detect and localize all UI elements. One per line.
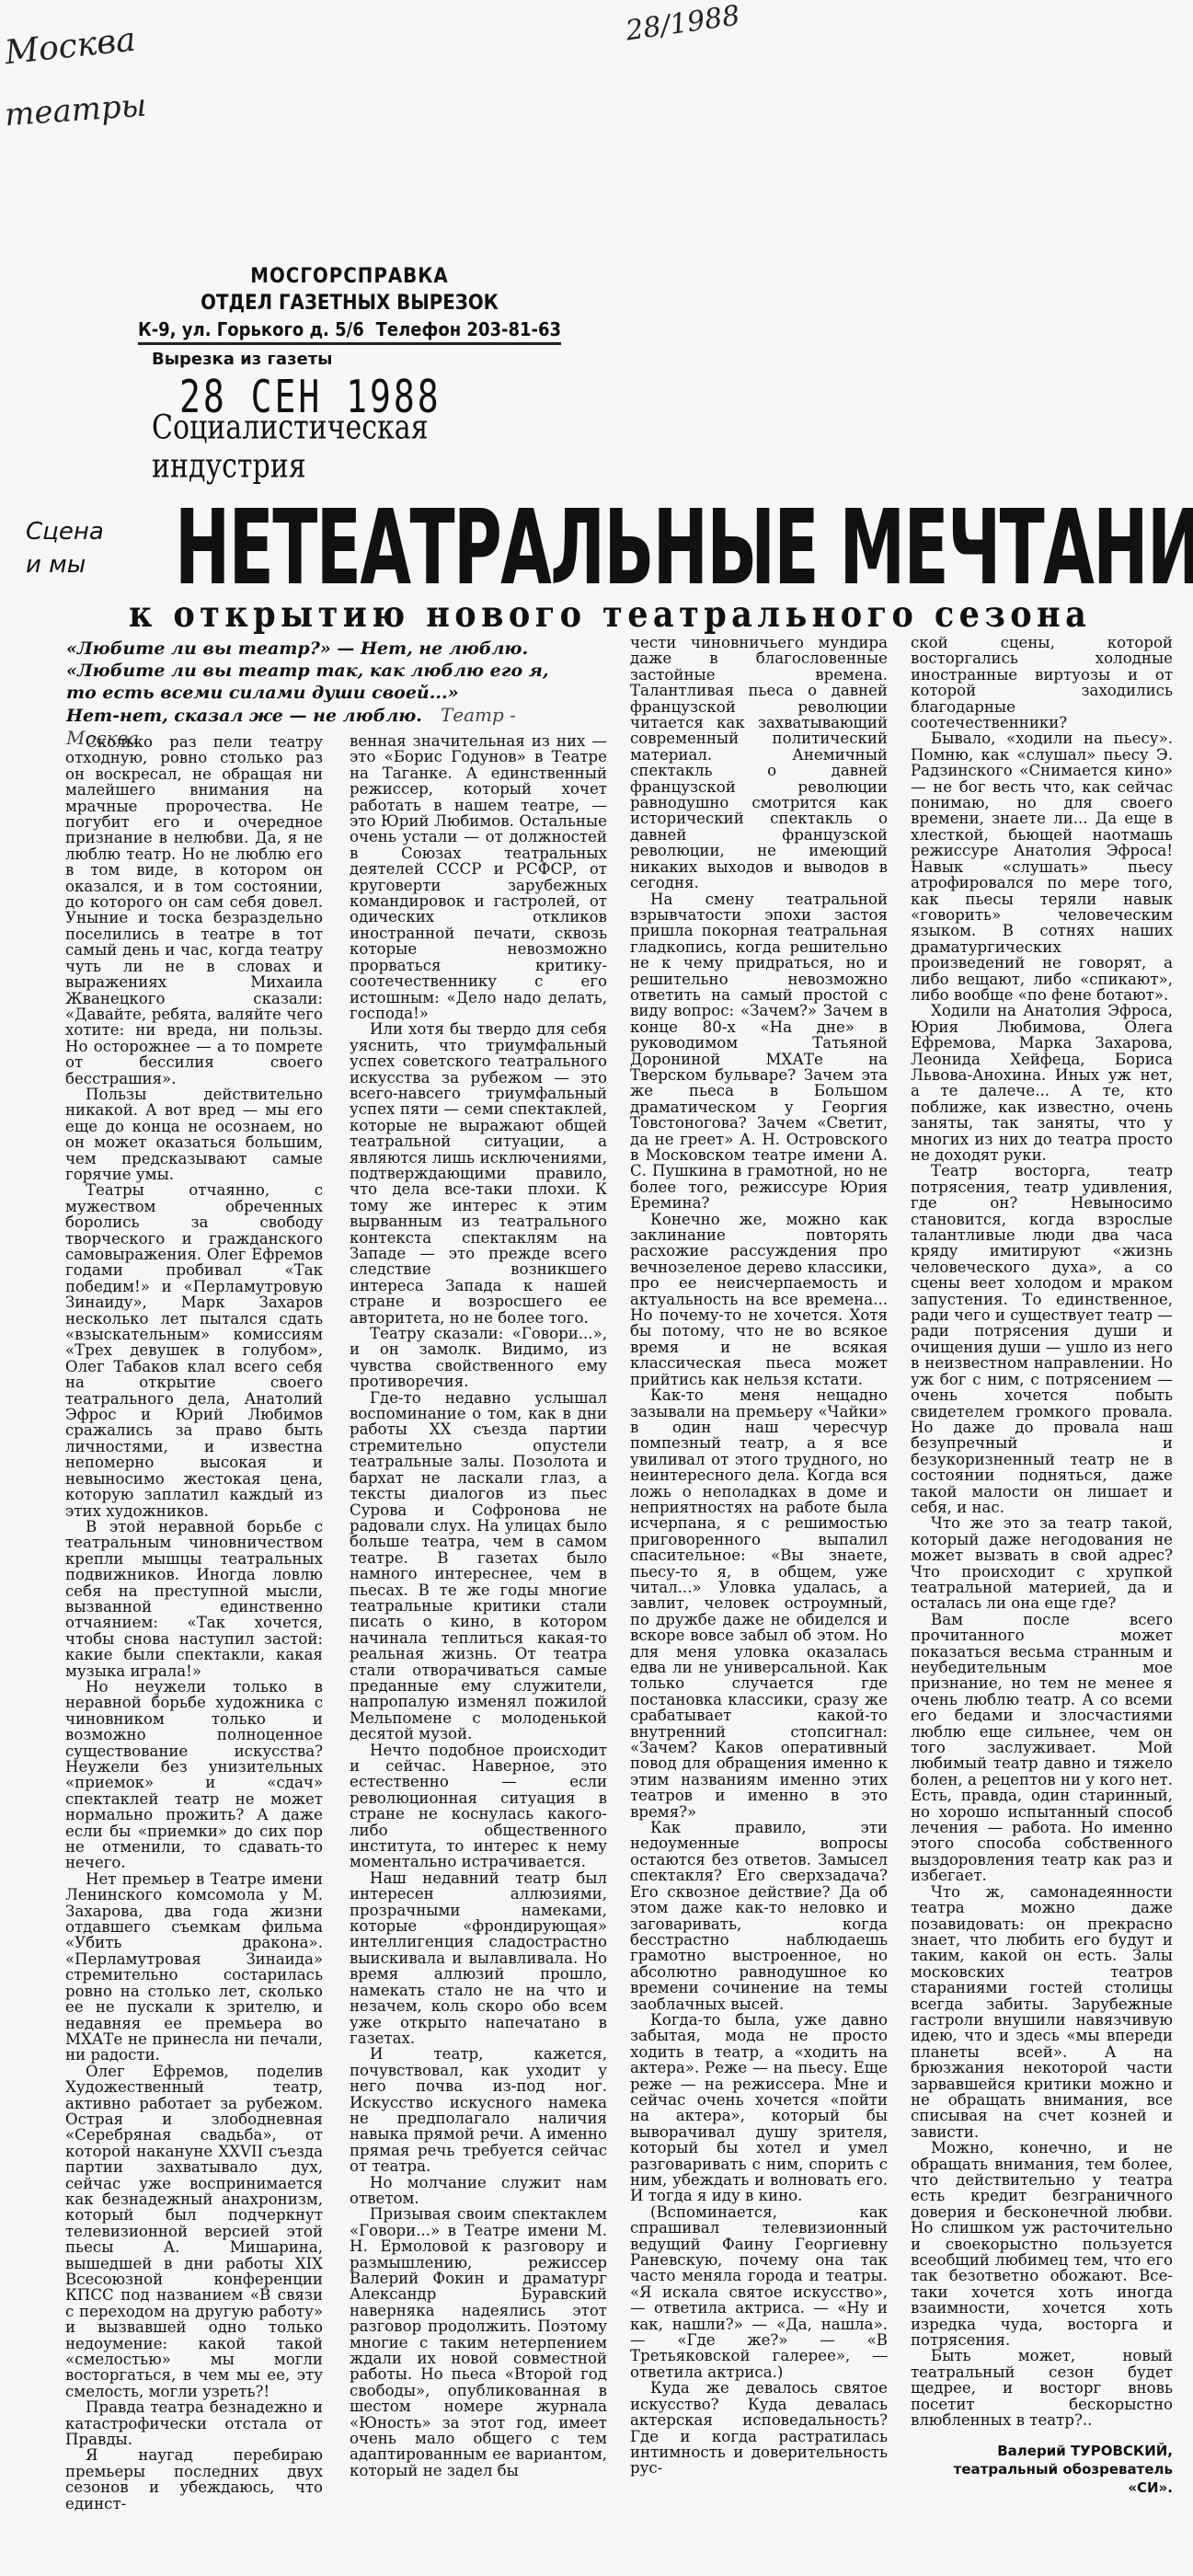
stamp-contact-row: К-9, ул. Горького д. 5/6 Телефон 203-81-… [138, 318, 561, 345]
paragraph: Когда-то была, уже давно забытая, мода н… [630, 2012, 888, 2204]
paragraph: Нет премьер в Театре имени Ленинского ко… [65, 1871, 323, 2064]
paragraph: венная значительная из них — это «Борис … [350, 733, 607, 1021]
clip-label: Вырезка из газеты [152, 350, 332, 369]
article-column-2: венная значительная из них — это «Борис … [350, 733, 607, 2478]
paragraph: Как правило, эти недоуменные вопросы ост… [630, 1820, 888, 2012]
paragraph: Где-то недавно услышал воспоминание о то… [350, 1390, 607, 1742]
paragraph: Театру сказали: «Говори...», и он замолк… [350, 1326, 607, 1390]
article-subheadline: к открытию нового театрального сезона [129, 593, 1122, 636]
clip-info: Вырезка из газеты 28 СЕН 1988 Социалисти… [152, 350, 575, 479]
paragraph: Что же это за театр такой, который даже … [911, 1515, 1173, 1611]
paragraph: Театр восторга, театр потрясения, театр … [911, 1163, 1173, 1515]
clipping-service-stamp: МОСГОРСПРАВКА ОТДЕЛ ГАЗЕТНЫХ ВЫРЕЗОК К-9… [138, 265, 561, 345]
stamp-address: К-9, ул. Горького д. 5/6 [138, 318, 364, 340]
paragraph: Как-то меня нещадно зазывали на премьеру… [630, 1387, 888, 1820]
article-column-1: Сколько раз пели театру отходную, ровно … [65, 734, 323, 2512]
author-signature: Валерий ТУРОВСКИЙ, театральный обозреват… [911, 2442, 1173, 2497]
paragraph: Ходили на Анатолия Эфроса, Юрия Любимова… [911, 1003, 1173, 1163]
paragraph: Пользы действительно никакой. А вот вред… [65, 1087, 323, 1182]
paragraph: Вам после всего прочитанного может показ… [911, 1612, 1173, 1884]
paragraph: Но молчание служит нам ответом. [350, 2175, 607, 2207]
stamp-department: ОТДЕЛ ГАЗЕТНЫХ ВЫРЕЗОК [138, 292, 561, 315]
paragraph: Куда же девалось святое искусство? Куда … [630, 2380, 888, 2476]
paragraph: Я наугад перебираю премьеры последних дв… [65, 2447, 323, 2512]
rubric-line-2: и мы [26, 548, 104, 581]
author-outlet: «СИ». [911, 2478, 1173, 2497]
article-column-3: чести чиновничьего мундира даже в благос… [630, 635, 888, 2477]
rubric-line-1: Сцена [26, 515, 104, 548]
author-role: театральный обозреватель [911, 2460, 1173, 2478]
paragraph: И театр, кажется, почувствовал, как уход… [350, 2046, 607, 2174]
paragraph: Нечто подобное происходит и сейчас. Наве… [350, 1742, 607, 1870]
paragraph: Наш недавний театр был интересен аллюзия… [350, 1870, 607, 2046]
paragraph: Призывая своим спектаклем «Говори...» в … [350, 2206, 607, 2478]
epigraph-line: то есть всеми силами души своей...» [66, 682, 581, 704]
paragraph: Можно, конечно, и не обращать внимания, … [911, 2140, 1173, 2348]
author-name: Валерий ТУРОВСКИЙ, [911, 2442, 1173, 2460]
epigraph-line: «Любите ли вы театр так, как люблю его я… [66, 660, 581, 682]
paragraph: Или хотя бы твердо для себя уяснить, что… [350, 1021, 607, 1326]
paragraph: Быть может, новый театральный сезон буде… [911, 2348, 1173, 2428]
paragraph: ской сцены, которой восторгались холодны… [911, 635, 1173, 730]
paragraph: На смену театральной взрывчатости эпохи … [630, 891, 888, 1212]
paragraph: Бывало, «ходили на пьесу». Помню, как «с… [911, 730, 1173, 1003]
stamp-phone: Телефон 203-81-63 [376, 318, 561, 340]
stamp-agency: МОСГОРСПРАВКА [138, 265, 561, 288]
handwritten-topic-line1: Москва [3, 21, 137, 73]
paragraph: Театры отчаянно, с мужеством обреченных … [65, 1182, 323, 1519]
article-headline: НЕТЕАТРАЛЬНЫЕ МЕЧТАНИЯ [175, 488, 1058, 608]
paragraph: чести чиновничьего мундира даже в благос… [630, 635, 888, 891]
paragraph: Правда театра безнадежно и катастрофичес… [65, 2399, 323, 2447]
paragraph: Конечно же, можно как заклинание повторя… [630, 1212, 888, 1387]
rubric-label: Сцена и мы [26, 515, 104, 581]
handwritten-topic-line2: театры [4, 87, 148, 134]
paragraph: (Вспоминается, как спрашивал телевизионн… [630, 2204, 888, 2380]
handwritten-ref-number: 28/1988 [624, 0, 741, 48]
paragraph: В этой неравной борьбе с театральным чин… [65, 1519, 323, 1679]
newspaper-name: Социалистическая индустрия [152, 408, 575, 486]
paragraph: Олег Ефремов, поделив Художественный теа… [65, 2064, 323, 2400]
paragraph: Сколько раз пели театру отходную, ровно … [65, 734, 323, 1087]
epigraph-line: «Любите ли вы театр?» — Нет, не люблю. [66, 638, 581, 660]
article-column-4: ской сцены, которой восторгались холодны… [911, 635, 1173, 2497]
paragraph: Что ж, самонадеянности театра можно даже… [911, 1884, 1173, 2141]
paragraph: Но неужели только в неравной борьбе худо… [65, 1679, 323, 1871]
